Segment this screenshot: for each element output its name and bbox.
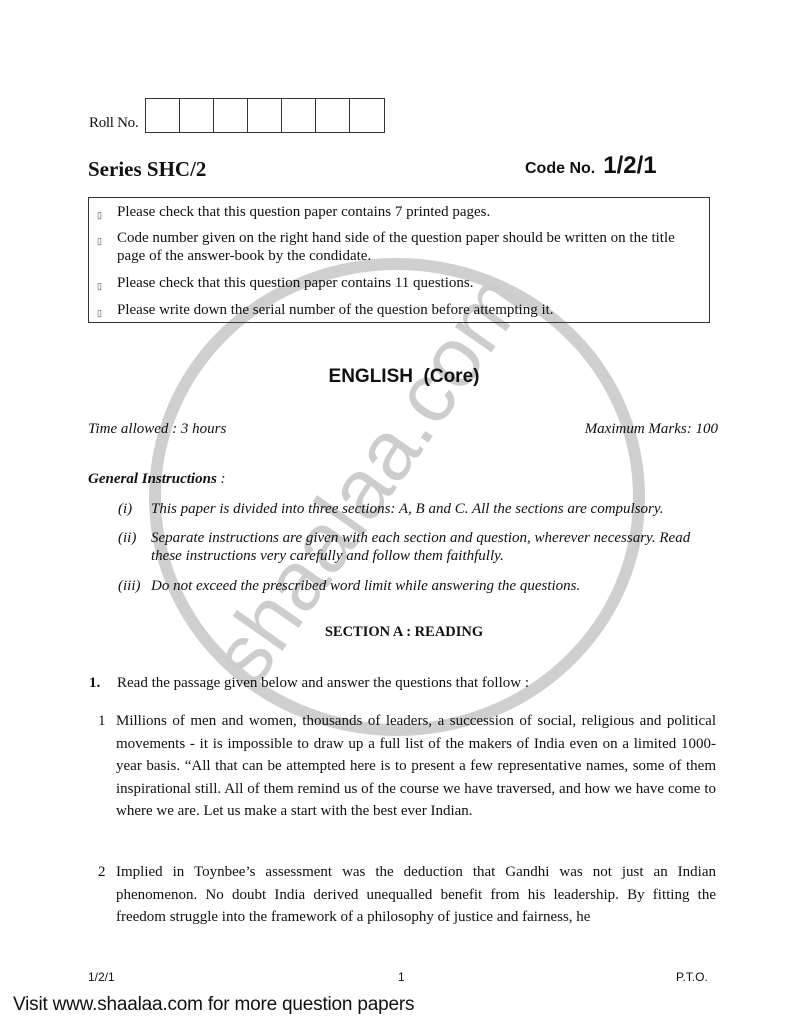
question-text: Read the passage given below and answer … — [117, 675, 529, 692]
roll-number-box[interactable] — [282, 99, 316, 132]
roll-number-label: Roll No. — [89, 115, 138, 132]
question-number: 1. — [89, 675, 117, 692]
paragraph-number: 1 — [98, 710, 116, 823]
roll-number-boxes[interactable] — [145, 98, 385, 133]
time-allowed: Time allowed : 3 hours — [88, 421, 226, 438]
general-instructions-heading: General Instructions : — [88, 471, 226, 488]
instruction-item: (iii) Do not exceed the prescribed word … — [118, 577, 711, 595]
maximum-marks: Maximum Marks: 100 — [585, 421, 718, 438]
roll-number-box[interactable] — [248, 99, 282, 132]
checklist-item: ▯ Please write down the serial number of… — [97, 301, 697, 322]
visit-banner-link[interactable]: Visit www.shaalaa.com for more question … — [13, 994, 414, 1016]
question-1: 1. Read the passage given below and answ… — [89, 675, 529, 692]
passage-paragraph: 1 Millions of men and women, thousands o… — [98, 710, 718, 823]
section-heading: SECTION A : READING — [0, 624, 800, 641]
instruction-item: (ii) Separate instructions are given wit… — [118, 529, 711, 565]
footer-code: 1/2/1 — [88, 970, 115, 984]
checklist-item: ▯ Please check that this question paper … — [97, 274, 697, 295]
checklist-item: ▯ Please check that this question paper … — [97, 203, 697, 224]
checklist-item: ▯ Code number given on the right hand si… — [97, 229, 697, 265]
passage-paragraph: 2 Implied in Toynbee’s assessment was th… — [98, 861, 718, 929]
code-value: 1/2/1 — [603, 152, 656, 180]
roll-number-box[interactable] — [214, 99, 248, 132]
instructions-checklist-box: ▯ Please check that this question paper … — [88, 197, 710, 323]
roll-number-box[interactable] — [146, 99, 180, 132]
roll-number-box[interactable] — [180, 99, 214, 132]
subject-title: ENGLISH (Core) — [0, 366, 800, 388]
roll-number-box[interactable] — [316, 99, 350, 132]
instruction-item: (i) This paper is divided into three sec… — [118, 500, 711, 518]
code-number: Code No. 1/2/1 — [525, 152, 657, 180]
code-label: Code No. — [525, 160, 595, 178]
checkbox-bullet-icon: ▯ — [97, 301, 117, 322]
series-title: Series SHC/2 — [88, 157, 206, 182]
please-turn-over: P.T.O. — [676, 970, 708, 984]
roll-number-box[interactable] — [350, 99, 384, 132]
page-number: 1 — [398, 970, 405, 984]
checkbox-bullet-icon: ▯ — [97, 274, 117, 295]
paragraph-number: 2 — [98, 861, 116, 929]
checkbox-bullet-icon: ▯ — [97, 229, 117, 265]
watermark-circle — [155, 264, 639, 730]
checkbox-bullet-icon: ▯ — [97, 203, 117, 224]
